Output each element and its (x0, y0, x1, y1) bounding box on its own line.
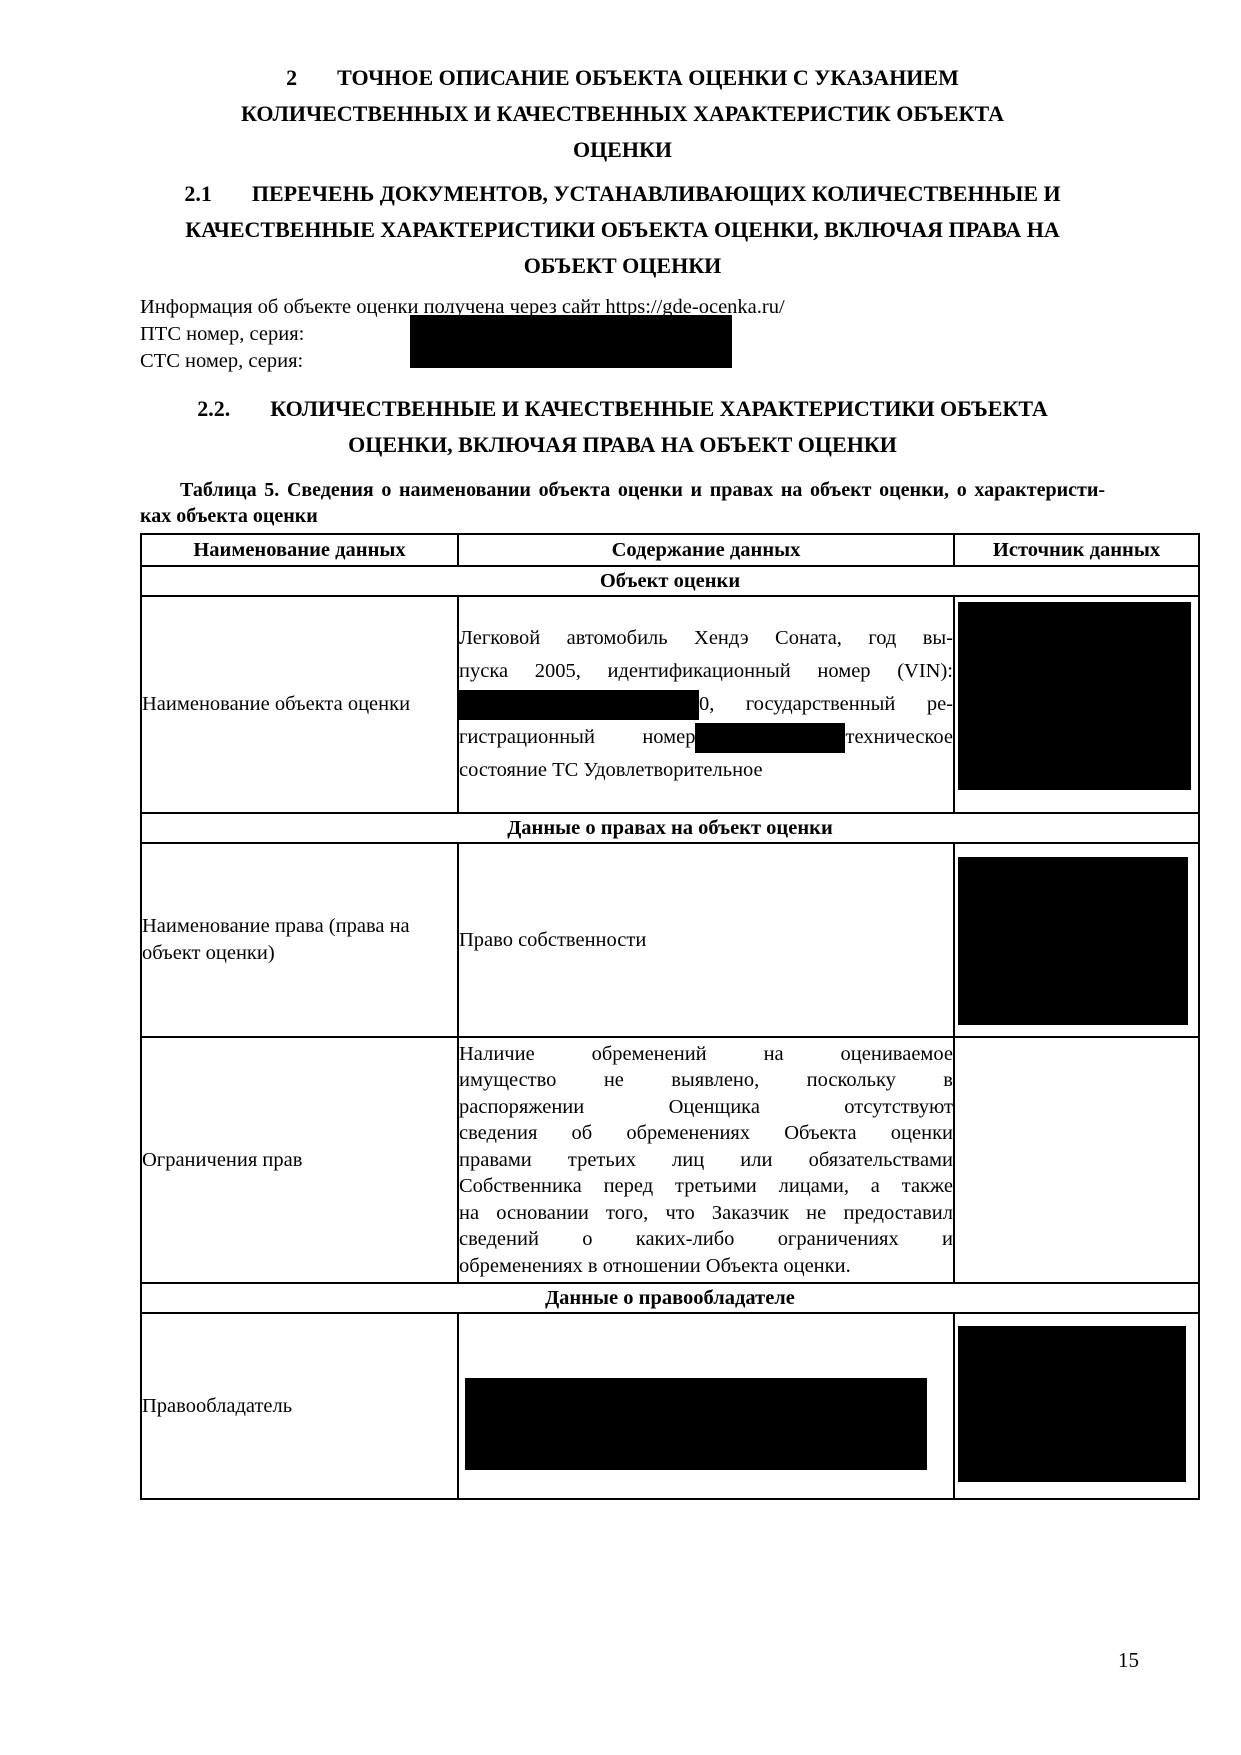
header-data-source: Источник данных (954, 534, 1199, 566)
holder-source-redaction-box (958, 1326, 1186, 1482)
right-source-redaction-box (958, 857, 1188, 1025)
band-rights-label: Данные о правах на объект оценки (141, 813, 1199, 843)
page-content: 2ТОЧНОЕ ОПИСАНИЕ ОБЪЕКТА ОЦЕНКИ С УКАЗАН… (140, 0, 1105, 1500)
section-2-title-line2: КОЛИЧЕСТВЕННЫХ И КАЧЕСТВЕННЫХ ХАРАКТЕРИС… (140, 96, 1105, 132)
section-2-1-title-line1: ПЕРЕЧЕНЬ ДОКУМЕНТОВ, УСТАНАВЛИВАЮЩИХ КОЛ… (252, 176, 1061, 212)
restrictions-line7: на основании того, что Заказчик не предо… (459, 1200, 953, 1227)
restrictions-line1: Наличие обременений на оцениваемое (459, 1041, 953, 1068)
object-name-line4-text1: гистрационный номер (459, 726, 695, 748)
object-name-line3-text: 0, государственный ре- (699, 693, 953, 715)
right-name-value: Право собственности (458, 843, 954, 1037)
section-2-2-heading: 2.2.КОЛИЧЕСТВЕННЫЕ И КАЧЕСТВЕННЫЕ ХАРАКТ… (140, 391, 1105, 463)
restrictions-line5: правами третьих лиц или обязательствами (459, 1147, 953, 1174)
table-5: Наименование данных Содержание данных Ис… (140, 533, 1200, 1500)
section-2-heading-line1: 2ТОЧНОЕ ОПИСАНИЕ ОБЪЕКТА ОЦЕНКИ С УКАЗАН… (140, 60, 1105, 96)
band-row-object: Объект оценки (141, 566, 1199, 596)
section-2-1-heading: 2.1ПЕРЕЧЕНЬ ДОКУМЕНТОВ, УСТАНАВЛИВАЮЩИХ … (140, 176, 1105, 284)
holder-source (954, 1313, 1199, 1499)
object-name-label: Наименование объекта оценки (141, 596, 458, 813)
section-2-2-title-line1: КОЛИЧЕСТВЕННЫЕ И КАЧЕСТВЕННЫЕ ХАРАКТЕРИС… (270, 391, 1048, 427)
section-2-2-number: 2.2. (197, 391, 230, 427)
object-name-line5: состояние ТС Удовлетворительное (459, 754, 953, 787)
section-2-1-title-line3: ОБЪЕКТ ОЦЕНКИ (140, 248, 1105, 284)
right-name-label: Наименование права (права на объект оцен… (141, 843, 458, 1037)
reg-number-redaction-box (695, 723, 845, 753)
section-2-title-line3: ОЦЕНКИ (140, 132, 1105, 168)
section-2-1-title-line2: КАЧЕСТВЕННЫЕ ХАРАКТЕРИСТИКИ ОБЪЕКТА ОЦЕН… (140, 212, 1105, 248)
header-data-content: Содержание данных (458, 534, 954, 566)
band-holder-label: Данные о правообладателе (141, 1283, 1199, 1313)
header-data-name: Наименование данных (141, 534, 458, 566)
intro-paragraph: Информация об объекте оценки получена че… (140, 294, 1105, 375)
restrictions-content: Наличие обременений на оцениваемое имуще… (458, 1037, 954, 1283)
page-number: 15 (1118, 1648, 1139, 1673)
object-name-line3: 0, государственный ре- (459, 688, 953, 721)
restrictions-line6: Собственника перед третьими лицами, а та… (459, 1173, 953, 1200)
holder-content-redaction-box (465, 1378, 927, 1470)
table-row-right-name: Наименование права (права на объект оцен… (141, 843, 1199, 1037)
pts-sts-redaction-box (410, 315, 732, 368)
restrictions-line4: сведения об обременениях Объекта оценки (459, 1120, 953, 1147)
section-2-2-heading-line1: 2.2.КОЛИЧЕСТВЕННЫЕ И КАЧЕСТВЕННЫЕ ХАРАКТ… (140, 391, 1105, 427)
restrictions-line8: сведений о каких-либо ограничениях и (459, 1226, 953, 1253)
table-caption: Таблица 5. Сведения о наименовании объек… (140, 477, 1105, 529)
holder-content (458, 1313, 954, 1499)
table-header-row: Наименование данных Содержание данных Ис… (141, 534, 1199, 566)
holder-label: Правообладатель (141, 1313, 458, 1499)
section-2-title-line1: ТОЧНОЕ ОПИСАНИЕ ОБЪЕКТА ОЦЕНКИ С УКАЗАНИ… (337, 60, 959, 96)
table-caption-line1: Таблица 5. Сведения о наименовании объек… (140, 477, 1105, 503)
object-name-line2: пуска 2005, идентификационный номер (VIN… (459, 655, 953, 688)
section-2-heading: 2ТОЧНОЕ ОПИСАНИЕ ОБЪЕКТА ОЦЕНКИ С УКАЗАН… (140, 60, 1105, 168)
document-page: 2ТОЧНОЕ ОПИСАНИЕ ОБЪЕКТА ОЦЕНКИ С УКАЗАН… (0, 0, 1241, 1755)
object-name-source (954, 596, 1199, 813)
restrictions-label: Ограничения прав (141, 1037, 458, 1283)
section-2-number: 2 (286, 60, 297, 96)
vin-redaction-box (459, 690, 699, 720)
restrictions-line3: распоряжении Оценщика отсутствуют (459, 1094, 953, 1121)
object-name-line4-text2: техническое (845, 726, 953, 748)
right-name-source (954, 843, 1199, 1037)
object-name-line1: Легковой автомобиль Хендэ Соната, год вы… (459, 622, 953, 655)
section-2-1-number: 2.1 (184, 176, 212, 212)
table-caption-line2: ках объекта оценки (140, 503, 1105, 529)
section-2-2-title-line2: ОЦЕНКИ, ВКЛЮЧАЯ ПРАВА НА ОБЪЕКТ ОЦЕНКИ (140, 427, 1105, 463)
table-row-restrictions: Ограничения прав Наличие обременений на … (141, 1037, 1199, 1283)
band-row-rights: Данные о правах на объект оценки (141, 813, 1199, 843)
restrictions-line9: обременениях в отношении Объекта оценки. (459, 1253, 953, 1280)
restrictions-source-empty (954, 1037, 1199, 1283)
object-name-content: Легковой автомобиль Хендэ Соната, год вы… (458, 596, 954, 813)
object-source-redaction-box (958, 602, 1191, 790)
table-row-object-name: Наименование объекта оценки Легковой авт… (141, 596, 1199, 813)
object-name-line4: гистрационный номертехническое (459, 721, 953, 754)
restrictions-line2: имущество не выявлено, поскольку в (459, 1067, 953, 1094)
table-row-holder: Правообладатель (141, 1313, 1199, 1499)
band-row-holder: Данные о правообладателе (141, 1283, 1199, 1313)
band-object-label: Объект оценки (141, 566, 1199, 596)
section-2-1-heading-line1: 2.1ПЕРЕЧЕНЬ ДОКУМЕНТОВ, УСТАНАВЛИВАЮЩИХ … (140, 176, 1105, 212)
